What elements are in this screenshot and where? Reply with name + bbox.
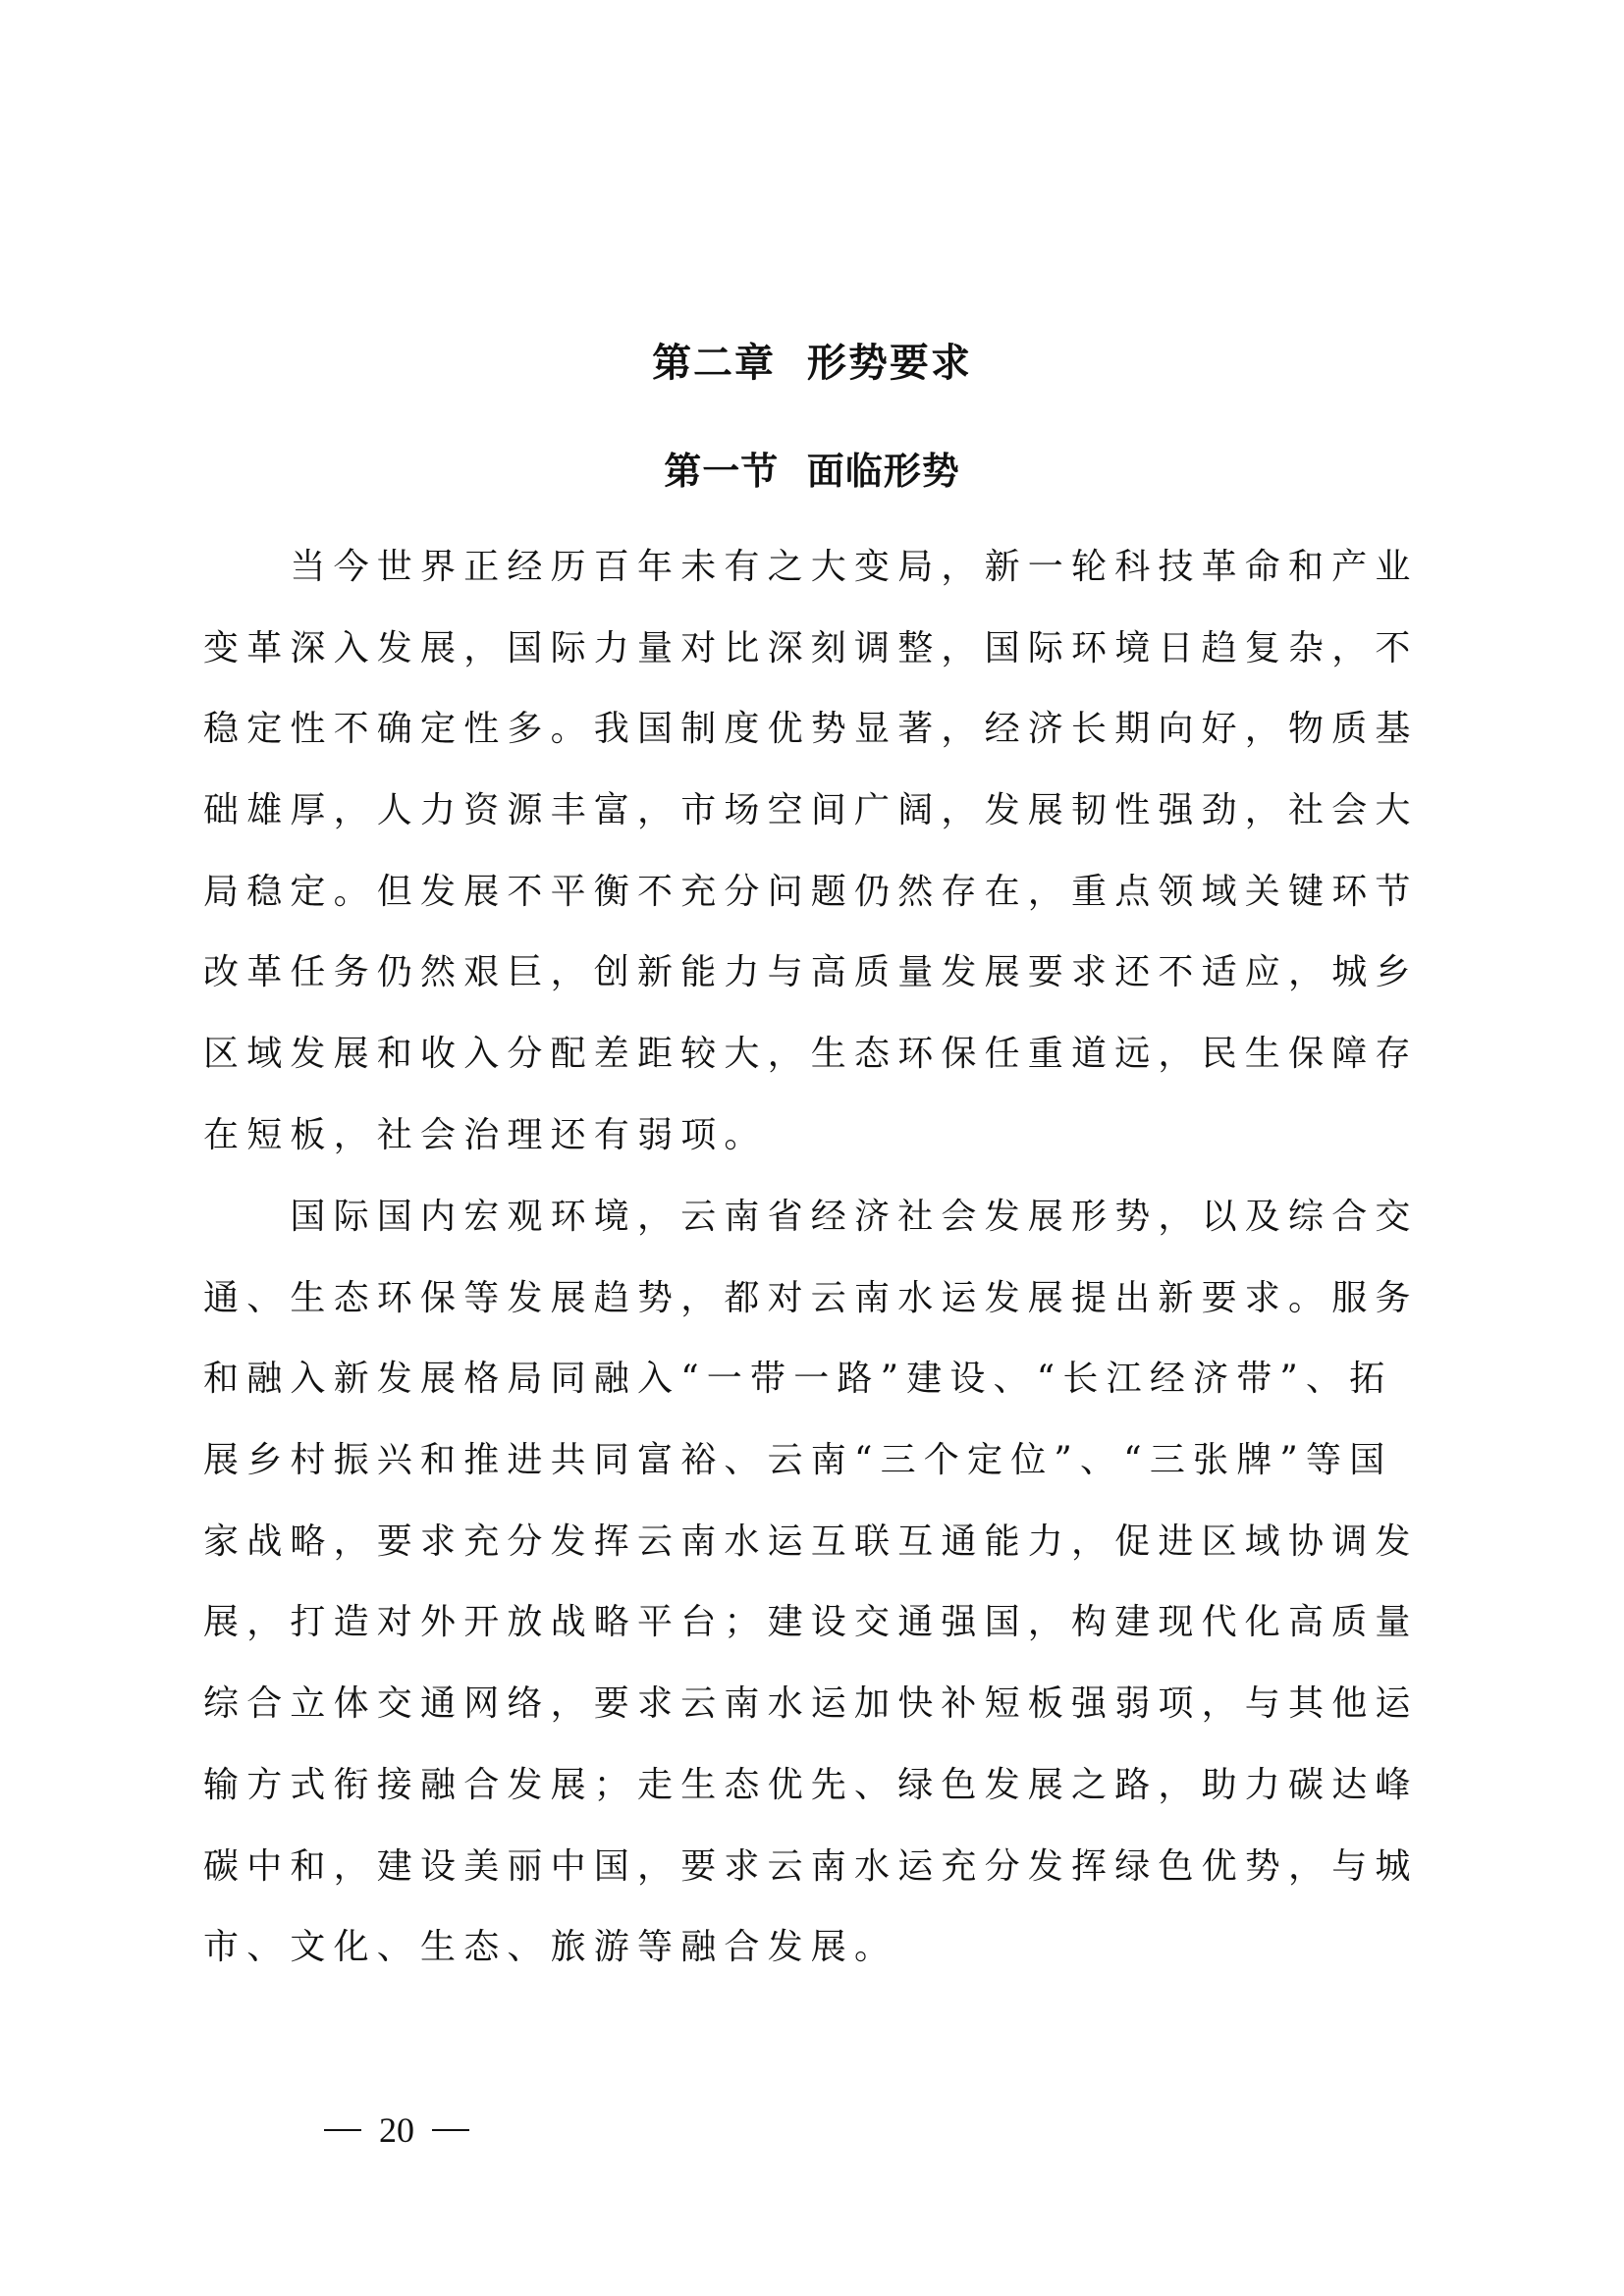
paragraph-2: 国际国内宏观环境，云南省经济社会发展形势，以及综合交 通、生态环保等发展趋势，都… (203, 1177, 1429, 1989)
page-number-value: 20 (379, 2107, 414, 2154)
text-line: 区域发展和收入分配差距较大，生态环保任重道远，民生保障存 (203, 1014, 1429, 1095)
text-line: 碳中和，建设美丽中国，要求云南水运充分发挥绿色优势，与城 (203, 1827, 1429, 1908)
text-line: 输方式衔接融合发展；走生态优先、绿色发展之路，助力碳达峰 (203, 1745, 1429, 1827)
text-line: 变革深入发展，国际力量对比深刻调整，国际环境日趋复杂，不 (203, 609, 1429, 690)
text-line: 展，打造对外开放战略平台；建设交通强国，构建现代化高质量 (203, 1582, 1429, 1664)
text-line: 在短板，社会治理还有弱项。 (203, 1095, 1429, 1177)
text-line: 和融入新发展格局同融入“一带一路”建设、“长江经济带”、拓 (203, 1339, 1429, 1420)
text-line: 综合立体交通网络，要求云南水运加快补短板强弱项，与其他运 (203, 1664, 1429, 1745)
document-page: 第二章 形势要求 第一节 面临形势 当今世界正经历百年未有之大变局，新一轮科技革… (0, 0, 1624, 2296)
page-number-dash-left (324, 2129, 361, 2131)
section-title: 第一节 面临形势 (0, 444, 1624, 499)
text-line: 通、生态环保等发展趋势，都对云南水运发展提出新要求。服务 (203, 1258, 1429, 1340)
chapter-title: 第二章 形势要求 (0, 334, 1624, 393)
text-line: 展乡村振兴和推进共同富裕、云南“三个定位”、“三张牌”等国 (203, 1420, 1429, 1502)
text-line: 稳定性不确定性多。我国制度优势显著，经济长期向好，物质基 (203, 689, 1429, 771)
page-number: 20 (324, 2107, 469, 2154)
text-line: 家战略，要求充分发挥云南水运互联互通能力，促进区域协调发 (203, 1502, 1429, 1583)
text-line: 市、文化、生态、旅游等融合发展。 (203, 1907, 1429, 1989)
text-line: 改革任务仍然艰巨，创新能力与高质量发展要求还不适应，城乡 (203, 933, 1429, 1014)
paragraph-1: 当今世界正经历百年未有之大变局，新一轮科技革命和产业 变革深入发展，国际力量对比… (203, 527, 1429, 1177)
text-line: 局稳定。但发展不平衡不充分问题仍然存在，重点领域关键环节 (203, 852, 1429, 934)
text-line: 当今世界正经历百年未有之大变局，新一轮科技革命和产业 (203, 527, 1429, 609)
text-line: 国际国内宏观环境，云南省经济社会发展形势，以及综合交 (203, 1177, 1429, 1258)
text-line: 础雄厚，人力资源丰富，市场空间广阔，发展韧性强劲，社会大 (203, 771, 1429, 852)
page-number-dash-right (432, 2129, 469, 2131)
